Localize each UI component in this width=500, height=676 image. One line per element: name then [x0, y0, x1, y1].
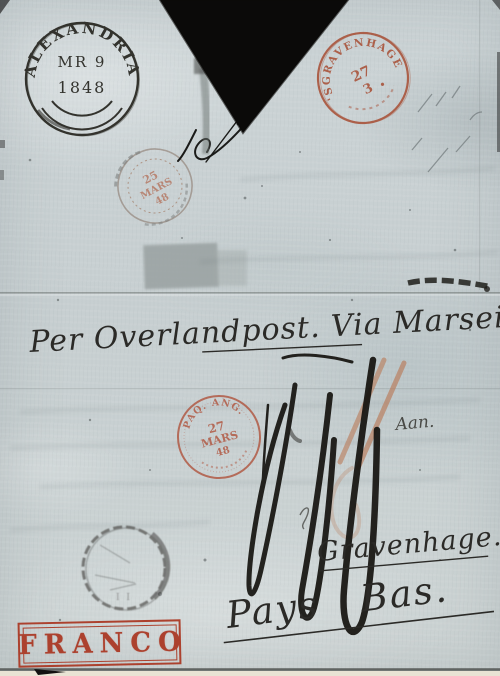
alexandria-date: MR 9 — [58, 53, 107, 71]
routing-prefix: Per Overlandpost. — [28, 309, 332, 360]
photographed-cover: ALEXANDRIA MR 9 1848 25 MARS 48 — [0, 0, 500, 676]
postmark-faint-black: I I — [83, 527, 168, 610]
cover-markings: ALEXANDRIA MR 9 1848 25 MARS 48 — [0, 0, 500, 676]
routing-via: Via Marseille — [330, 298, 500, 344]
postmark-alexandria: ALEXANDRIA MR 9 1848 — [20, 18, 145, 136]
svg-text:Per Overlandpost. Via Marseill: Per Overlandpost. Via Marseille — [28, 298, 500, 360]
manuscript-flourish — [300, 508, 308, 529]
manuscript-aan: Aan. — [393, 412, 435, 435]
manuscript-routing: Per Overlandpost. Via Marseille — [28, 298, 500, 362]
aan-text: Aan. — [393, 412, 435, 435]
country-word1: Pays — [223, 583, 322, 637]
franco-inner-frame: FRANCO — [22, 624, 177, 663]
city-text: Gravenhage. — [316, 521, 500, 568]
alexandria-year: 1848 — [58, 78, 107, 97]
manuscript-city: Gravenhage. — [316, 521, 500, 571]
postmark-paq-ang: PAQ. ANG. 27 MARS 48 — [169, 387, 269, 487]
franco-label: FRANCO — [11, 626, 188, 661]
pencil-annotations — [412, 86, 482, 172]
paq-year: 48 — [215, 445, 231, 459]
franco-handstamp: FRANCO — [18, 619, 182, 667]
postmark-transit-faint: 25 MARS 48 — [105, 136, 205, 236]
arrival-month: 3 — [361, 81, 376, 98]
postmark-arrival: 'SGRAVENHAGE 27 3 — [303, 17, 425, 138]
svg-text:I I: I I — [116, 593, 132, 603]
